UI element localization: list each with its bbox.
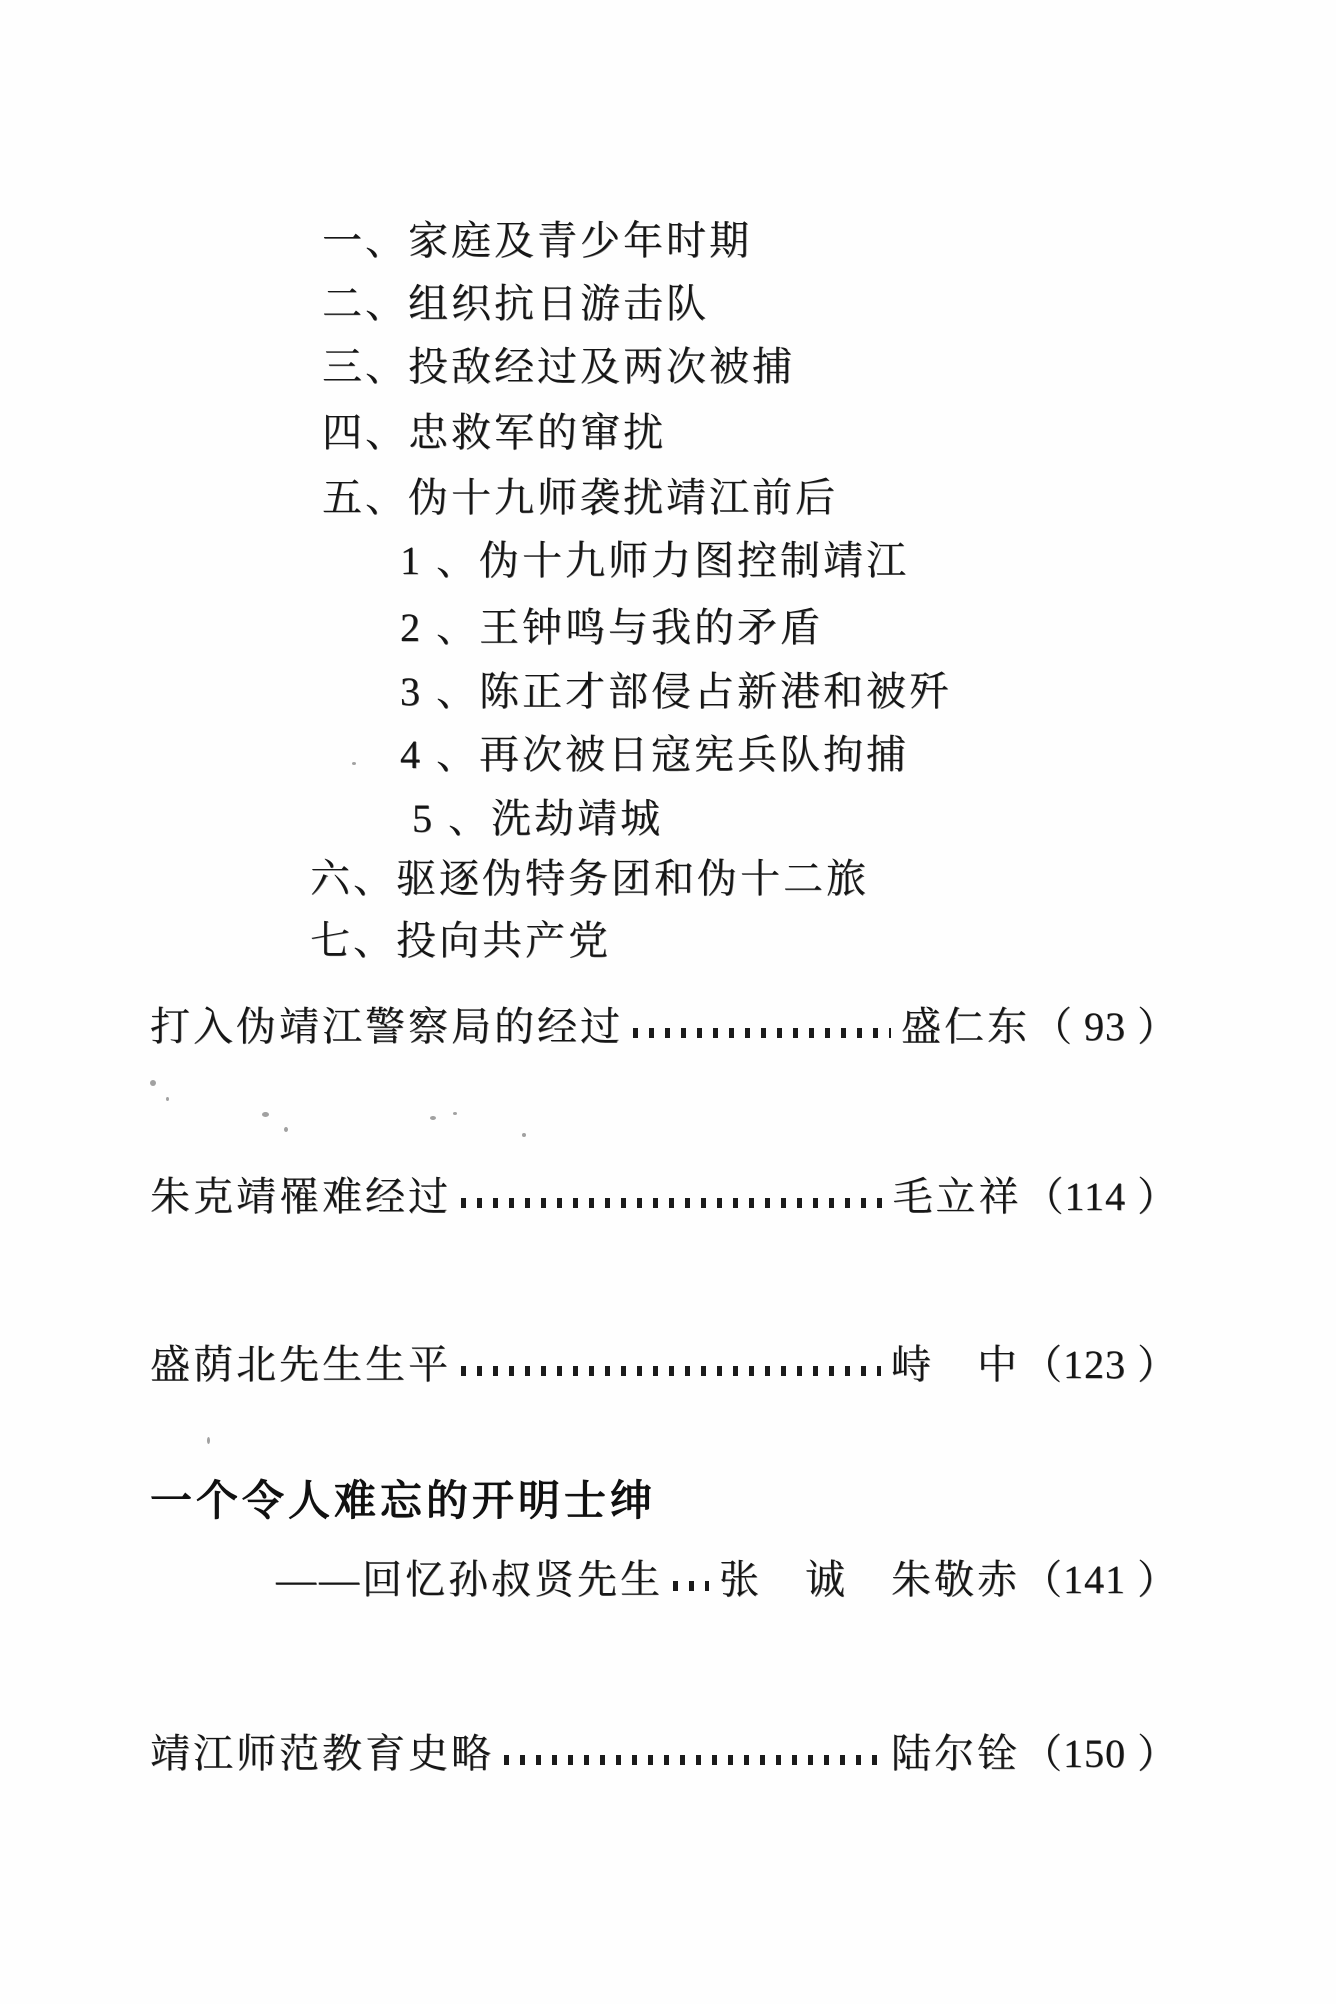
dot-leader bbox=[504, 1755, 881, 1765]
entry-author: 盛仁东 bbox=[901, 1003, 1030, 1051]
scan-speck bbox=[430, 1116, 436, 1120]
dot-leader bbox=[461, 1366, 881, 1376]
scan-speck bbox=[352, 762, 356, 765]
entry-author: 张 诚 朱敬赤 bbox=[719, 1556, 1020, 1604]
dot-leader bbox=[673, 1581, 709, 1591]
scan-speck bbox=[166, 1097, 169, 1101]
chapter-subitem-3: 3 、陈正才部侵占新港和被歼 bbox=[400, 669, 952, 715]
scan-speck bbox=[207, 1437, 210, 1444]
toc-entry-2: 朱克靖罹难经过 毛立祥 （114 ） bbox=[150, 1173, 1178, 1221]
scan-speck bbox=[648, 484, 652, 488]
entry-title: 盛荫北先生生平 bbox=[150, 1341, 451, 1389]
chapter-subitem-1: 1 、伪十九师力图控制靖江 bbox=[400, 538, 909, 584]
chapter-item-5: 五、伪十九师袭扰靖江前后 bbox=[322, 475, 838, 521]
dot-leader bbox=[461, 1198, 882, 1208]
entry-page: （114 ） bbox=[1023, 1173, 1178, 1221]
toc-entry-1: 打入伪靖江警察局的经过 盛仁东 （ 93 ） bbox=[150, 1003, 1178, 1051]
entry-page: （123 ） bbox=[1022, 1341, 1178, 1389]
chapter-item-4: 四、忠救军的窜扰 bbox=[322, 410, 666, 456]
dot-leader bbox=[633, 1028, 891, 1038]
scan-speck bbox=[150, 1080, 156, 1086]
chapter-item-6: 六、驱逐伪特务团和伪十二旅 bbox=[310, 856, 869, 902]
entry-author: 毛立祥 bbox=[892, 1173, 1021, 1221]
entry-title: 打入伪靖江警察局的经过 bbox=[150, 1003, 623, 1051]
scan-speck bbox=[262, 1112, 269, 1117]
chapter-item-7: 七、投向共产党 bbox=[310, 918, 611, 964]
chapter-item-3: 三、投敌经过及两次被捕 bbox=[322, 344, 795, 390]
entry-page: （ 93 ） bbox=[1032, 1003, 1178, 1051]
scan-speck bbox=[453, 1112, 457, 1115]
scan-speck bbox=[284, 1127, 288, 1132]
chapter-subitem-5: 5 、洗劫靖城 bbox=[412, 796, 663, 842]
entry-subtitle: ——回忆孙叔贤先生 bbox=[276, 1556, 663, 1604]
chapter-subitem-4: 4 、再次被日寇宪兵队拘捕 bbox=[400, 732, 909, 778]
chapter-subitem-2: 2 、王钟鸣与我的矛盾 bbox=[400, 605, 823, 651]
chapter-item-2: 二、组织抗日游击队 bbox=[322, 281, 709, 327]
toc-entry-3: 盛荫北先生生平 峙 中 （123 ） bbox=[150, 1341, 1178, 1389]
entry-title: 靖江师范教育史略 bbox=[150, 1730, 494, 1778]
entry-author: 峙 中 bbox=[891, 1341, 1020, 1389]
entry-page: （141 ） bbox=[1022, 1556, 1178, 1604]
entry-page: （150 ） bbox=[1022, 1730, 1178, 1778]
toc-entry-4: ——回忆孙叔贤先生 张 诚 朱敬赤 （141 ） bbox=[276, 1556, 1178, 1604]
chapter-item-1: 一、家庭及青少年时期 bbox=[322, 218, 752, 264]
entry-author: 陆尔铨 bbox=[891, 1730, 1020, 1778]
scan-speck bbox=[522, 1133, 526, 1137]
toc-page: 一、家庭及青少年时期 二、组织抗日游击队 三、投敌经过及两次被捕 四、忠救军的窜… bbox=[0, 0, 1336, 2004]
section-heading: 一个令人难忘的开明士绅 bbox=[150, 1468, 656, 1528]
entry-title: 朱克靖罹难经过 bbox=[150, 1173, 451, 1221]
toc-entry-5: 靖江师范教育史略 陆尔铨 （150 ） bbox=[150, 1730, 1178, 1778]
